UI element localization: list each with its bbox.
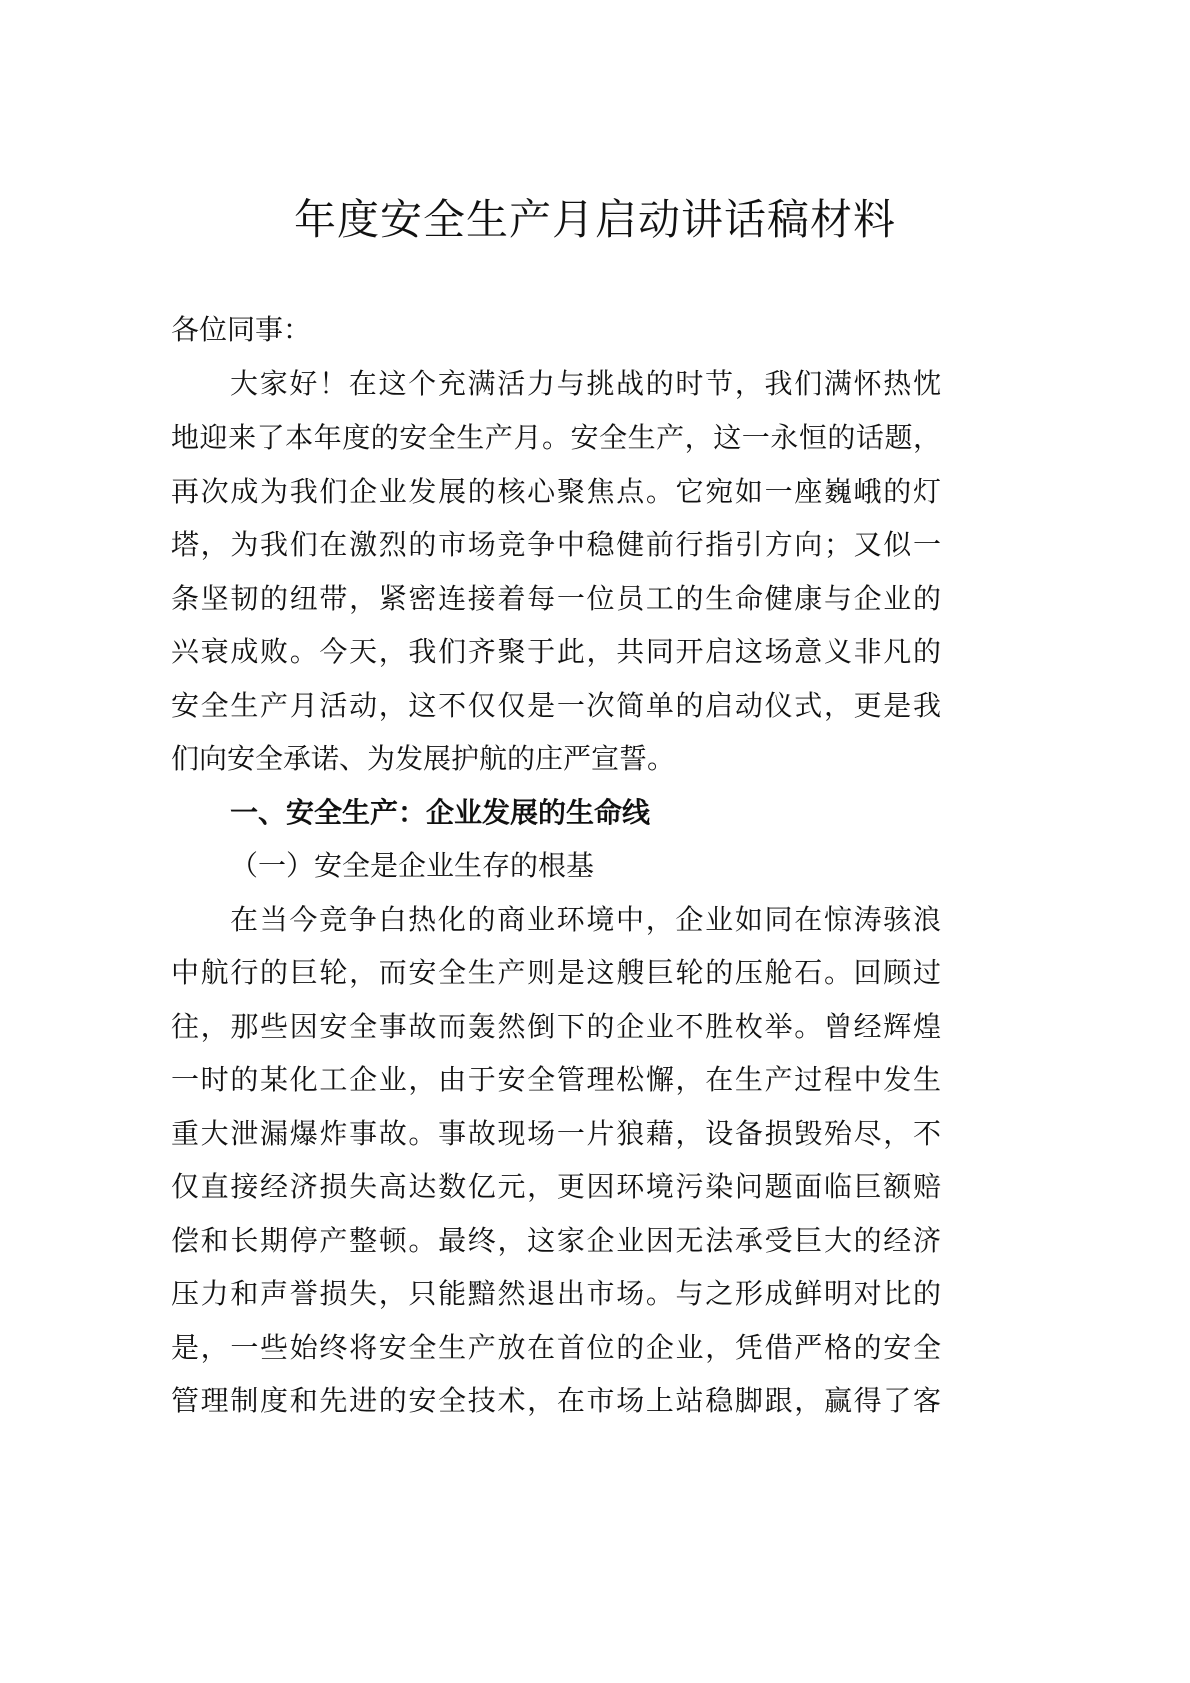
paragraph-1-line: 再次成为我们企业发展的核心聚焦点。它宛如一座巍峨的灯 [171, 472, 941, 512]
paragraph-2-line: 往，那些因安全事故而轰然倒下的企业不胜枚举。曾经辉煌 [171, 1007, 941, 1047]
paragraph-1-line: 条坚韧的纽带，紧密连接着每一位员工的生命健康与企业的 [171, 579, 941, 619]
document-page: 年度安全生产月启动讲话稿材料 各位同事： 大家好！在这个充满活力与挑战的时节，我… [0, 0, 1190, 1683]
subsection-heading-1: （一）安全是企业生存的根基 [230, 846, 941, 886]
paragraph-2-line: 一时的某化工企业，由于安全管理松懈，在生产过程中发生 [171, 1060, 941, 1100]
paragraph-1-line: 塔，为我们在激烈的市场竞争中稳健前行指引方向；又似一 [171, 525, 941, 565]
paragraph-2-line: 管理制度和先进的安全技术，在市场上站稳脚跟，赢得了客 [171, 1381, 941, 1421]
paragraph-2-line: 仅直接经济损失高达数亿元，更因环境污染问题面临巨额赔 [171, 1167, 941, 1207]
document-title: 年度安全生产月启动讲话稿材料 [0, 190, 1190, 250]
salutation: 各位同事： [171, 310, 941, 350]
paragraph-2-line: 重大泄漏爆炸事故。事故现场一片狼藉，设备损毁殆尽，不 [171, 1114, 941, 1154]
paragraph-1-line: 大家好！在这个充满活力与挑战的时节，我们满怀热忱 [230, 364, 941, 404]
paragraph-2-line: 偿和长期停产整顿。最终，这家企业因无法承受巨大的经济 [171, 1221, 941, 1261]
paragraph-1-line: 地迎来了本年度的安全生产月。安全生产，这一永恒的话题， [171, 418, 941, 458]
paragraph-2-line: 在当今竞争白热化的商业环境中，企业如同在惊涛骇浪 [230, 900, 941, 940]
paragraph-1-line: 们向安全承诺、为发展护航的庄严宣誓。 [171, 739, 941, 779]
paragraph-1-line: 兴衰成败。今天，我们齐聚于此，共同开启这场意义非凡的 [171, 632, 941, 672]
paragraph-2-line: 压力和声誉损失，只能黯然退出市场。与之形成鲜明对比的 [171, 1274, 941, 1314]
paragraph-1-line: 安全生产月活动，这不仅仅是一次简单的启动仪式，更是我 [171, 686, 941, 726]
paragraph-2-line: 是，一些始终将安全生产放在首位的企业，凭借严格的安全 [171, 1328, 941, 1368]
section-heading-1: 一、安全生产：企业发展的生命线 [230, 793, 941, 833]
paragraph-2-line: 中航行的巨轮，而安全生产则是这艘巨轮的压舱石。回顾过 [171, 953, 941, 993]
